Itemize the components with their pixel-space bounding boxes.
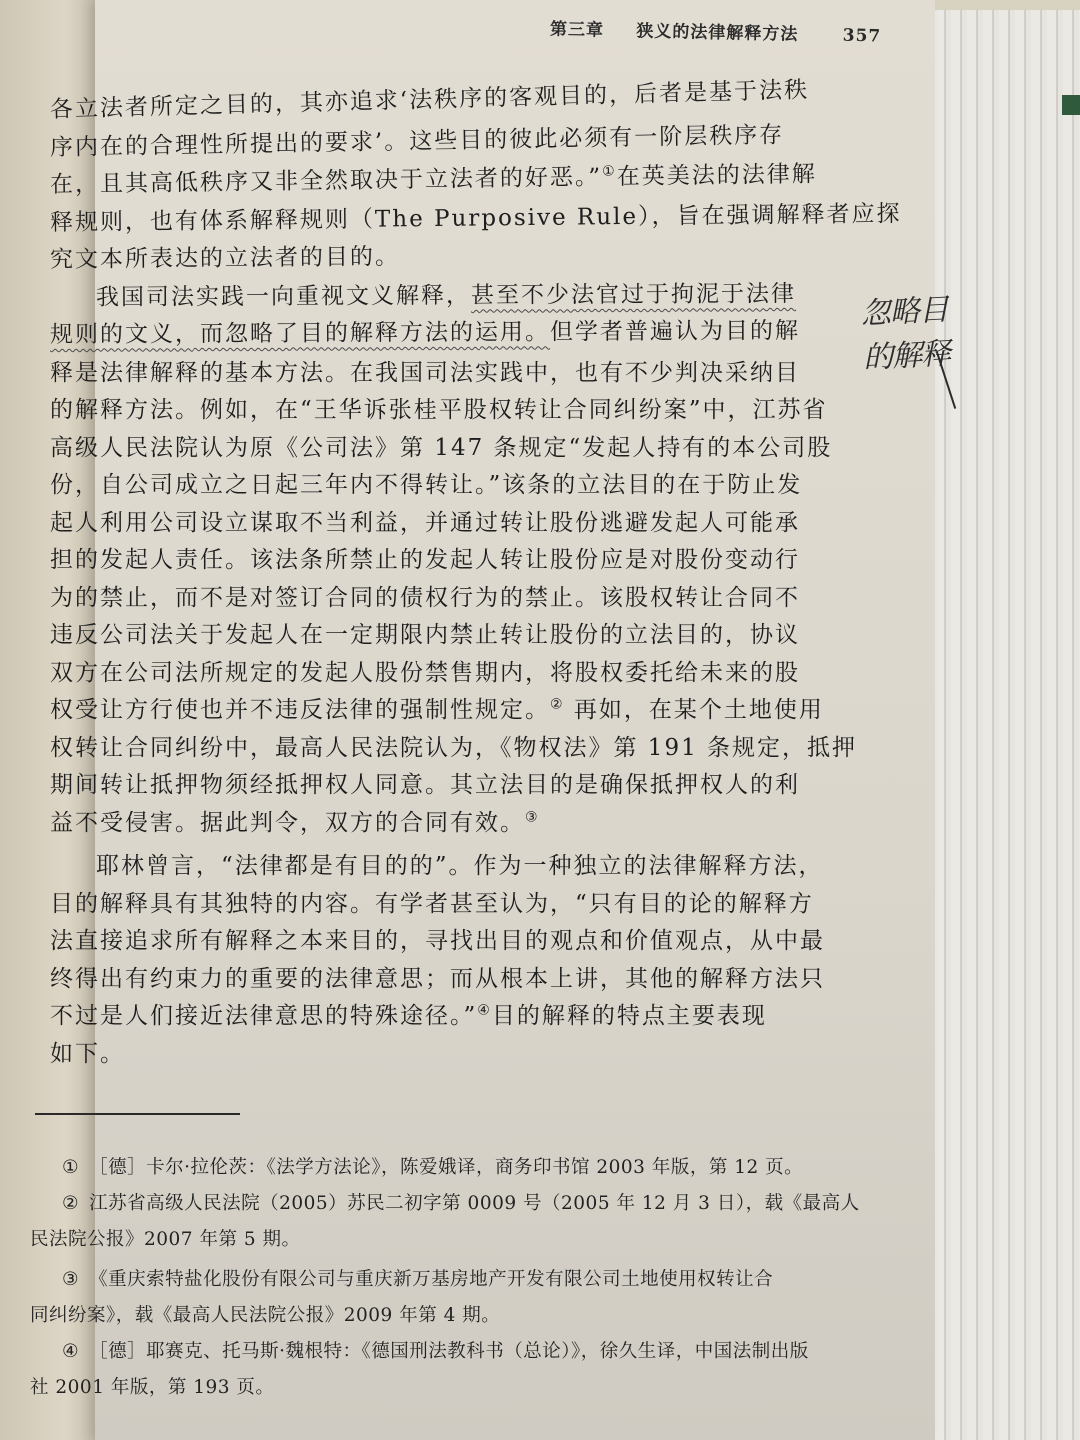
text-line: 权转让合同纠纷中，最高人民法院认为，《物权法》第 191 条规定，抵押 xyxy=(50,730,890,768)
page-stack-edges xyxy=(935,10,1080,1440)
footnote-ref-3[interactable]: ③ xyxy=(525,809,540,825)
text-line: 规则的文义，而忽略了目的解释方法的运用。但学者普遍认为目的解 xyxy=(50,313,890,355)
text-line: 耶林曾言，“法律都是有目的的”。作为一种独立的法律解释方法， xyxy=(50,848,890,886)
chapter-title: 狭义的法律解释方法 xyxy=(636,21,798,44)
text-line: 究文本所表达的立法者的目的。 xyxy=(50,235,890,280)
text-line: 高级人民法院认为原《公司法》第 147 条规定“发起人持有的本公司股 xyxy=(50,430,890,468)
footnote-1: ①［德］卡尔·拉伦茨：《法学方法论》，陈爱娥译，商务印书馆 2003 年版，第 … xyxy=(30,1150,910,1186)
footnote-2-cont: 民法院公报》2007 年第 5 期。 xyxy=(30,1222,910,1258)
text-line: 不过是人们接近法律意思的特殊途径。”④目的解释的特点主要表现 xyxy=(50,998,890,1036)
text-line: 担的发起人责任。该法条所禁止的发起人转让股份应是对股份变动行 xyxy=(50,542,890,580)
footnote-ref-2[interactable]: ② xyxy=(550,696,565,712)
underlined-text: 甚至不少法官过于拘泥于法律 xyxy=(471,281,796,309)
footnote-ref-4[interactable]: ④ xyxy=(477,1002,492,1018)
text-line: 益不受侵害。据此判令，双方的合同有效。③ xyxy=(50,805,890,843)
footnote-3: ③《重庆索特盐化股份有限公司与重庆新万基房地产开发有限公司土地使用权转让合 xyxy=(30,1262,910,1298)
chapter-label: 第三章 xyxy=(550,20,604,41)
text-line: 份，自公司成立之日起三年内不得转让。”该条的立法目的在于防止发 xyxy=(50,467,890,505)
text-line: 目的解释具有其独特的内容。有学者甚至认为，“只有目的论的解释方 xyxy=(50,886,890,924)
handwritten-line: 忽略目 xyxy=(860,287,972,337)
footnote-2: ②江苏省高级人民法院（2005）苏民二初字第 0009 号（2005 年 12 … xyxy=(30,1186,910,1222)
underlined-text: 规则的文义，而忽略了目的解释方法的运用。 xyxy=(50,319,550,348)
text-line: 为的禁止，而不是对签订合同的债权行为的禁止。该股权转让合同不 xyxy=(50,580,890,618)
footnote-divider xyxy=(35,1113,240,1115)
footnotes: ①［德］卡尔·拉伦茨：《法学方法论》，陈爱娥译，商务印书馆 2003 年版，第 … xyxy=(30,1150,910,1406)
text-line: 起人利用公司设立谋取不当利益，并通过转让股份逃避发起人可能承 xyxy=(50,505,890,543)
footnote-3-cont: 同纠纷案》，载《最高人民法院公报》2009 年第 4 期。 xyxy=(30,1298,910,1334)
body-text: 各立法者所定之目的，其亦追求‘法秩序的客观目的，后者是基于法秩 序内在的合理性所… xyxy=(50,92,890,1073)
background-object xyxy=(1062,95,1080,115)
text-line: 权受让方行使也并不违反法律的强制性规定。② 再如，在某个土地使用 xyxy=(50,692,890,730)
text-line: 的解释方法。例如，在“王华诉张桂平股权转让合同纠纷案”中，江苏省 xyxy=(50,392,890,430)
footnote-ref-1[interactable]: ① xyxy=(602,163,617,179)
handwritten-annotation: 忽略目 的解释 xyxy=(860,287,974,381)
text-line: 终得出有约束力的重要的法律意思；而从根本上讲，其他的解释方法只 xyxy=(50,961,890,999)
text-line: 期间转让抵押物须经抵押权人同意。其立法目的是确保抵押权人的利 xyxy=(50,767,890,805)
footnote-4: ④［德］耶赛克、托马斯·魏根特：《德国刑法教科书（总论）》，徐久生译，中国法制出… xyxy=(30,1334,910,1370)
handwritten-line: 的解释 xyxy=(862,331,974,381)
text-line: 释是法律解释的基本方法。在我国司法实践中，也有不少判决采纳目 xyxy=(50,355,890,393)
page-number: 357 xyxy=(843,26,882,47)
text-line: 如下。 xyxy=(50,1036,890,1074)
text-line: 法直接追求所有解释之本来目的，寻找出目的观点和价值观点，从中最 xyxy=(50,923,890,961)
text-line: 我国司法实践一向重视文义解释，甚至不少法官过于拘泥于法律 xyxy=(50,275,890,317)
footnote-4-cont: 社 2001 年版，第 193 页。 xyxy=(30,1370,910,1406)
text-line: 双方在公司法所规定的发起人股份禁售期内，将股权委托给未来的股 xyxy=(50,655,890,693)
text-line: 违反公司法关于发起人在一定期限内禁止转让股份的立法目的，协议 xyxy=(50,617,890,655)
